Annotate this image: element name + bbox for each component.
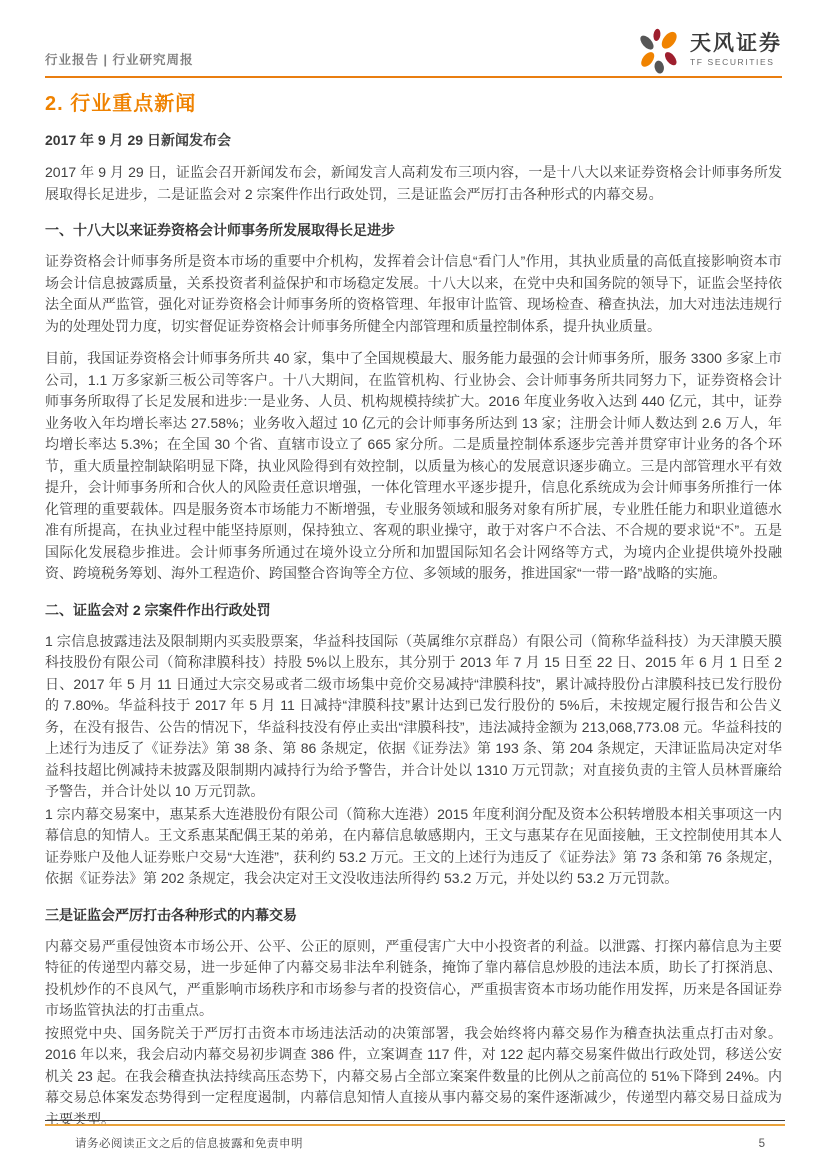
company-name-cn: 天风证券	[690, 33, 782, 54]
document-body: 2017 年 9 月 29 日，证监会召开新闻发布会，新闻发言人高莉发布三项内容…	[45, 162, 782, 1130]
paragraph-case-disclosure: 1 宗信息披露违法及限制期内买卖股票案，华益科技国际（英属维尔京群岛）有限公司（…	[45, 631, 782, 803]
section-heading-1: 一、十八大以来证券资格会计师事务所发展取得长足进步	[45, 220, 782, 240]
paragraph-case-insider: 1 宗内幕交易案中，惠某系大连港股份有限公司（简称大连港）2015 年度利润分配…	[45, 804, 782, 890]
tf-flower-logo-icon	[637, 28, 683, 74]
paragraph-insider-harm: 内幕交易严重侵蚀资本市场公开、公平、公正的原则，严重侵害广大中小投资者的利益。以…	[45, 936, 782, 1022]
page-header: 行业报告 | 行业研究周报 天风证券 TF SECURITIES	[45, 0, 782, 78]
report-page: 行业报告 | 行业研究周报 天风证券 TF SECURITIES 2. 行业重点…	[0, 0, 827, 1169]
page-footer: 请务必阅读正文之后的信息披露和免责申明 5	[45, 1120, 785, 1151]
section-title: 2. 行业重点新闻	[45, 87, 782, 116]
report-type-label: 行业报告 | 行业研究周报	[45, 50, 193, 74]
section-heading-3: 三是证监会严厉打击各种形式的内幕交易	[45, 905, 782, 925]
paragraph-enforcement: 按照党中央、国务院关于严厉打击资本市场违法活动的决策部署，我会始终将内幕交易作为…	[45, 1023, 782, 1131]
footer-disclaimer: 请务必阅读正文之后的信息披露和免责申明	[45, 1135, 303, 1151]
company-name-en: TF SECURITIES	[690, 58, 782, 67]
logo-wordmark: 天风证券 TF SECURITIES	[690, 33, 782, 69]
section-heading-2: 二、证监会对 2 宗案件作出行政处罚	[45, 600, 782, 620]
news-conference-subtitle: 2017 年 9 月 29 日新闻发布会	[45, 130, 782, 150]
intro-paragraph: 2017 年 9 月 29 日，证监会召开新闻发布会，新闻发言人高莉发布三项内容…	[45, 162, 782, 205]
tf-securities-logo: 天风证券 TF SECURITIES	[637, 28, 782, 74]
footer-divider-orange	[45, 1124, 785, 1126]
footer-divider-dark	[45, 1120, 785, 1121]
paragraph-cpa-role: 证券资格会计师事务所是资本市场的重要中介机构，发挥着会计信息“看门人”作用，其执…	[45, 251, 782, 337]
paragraph-cpa-progress: 目前，我国证券资格会计师事务所共 40 家，集中了全国规模最大、服务能力最强的会…	[45, 348, 782, 585]
page-number: 5	[759, 1138, 785, 1150]
